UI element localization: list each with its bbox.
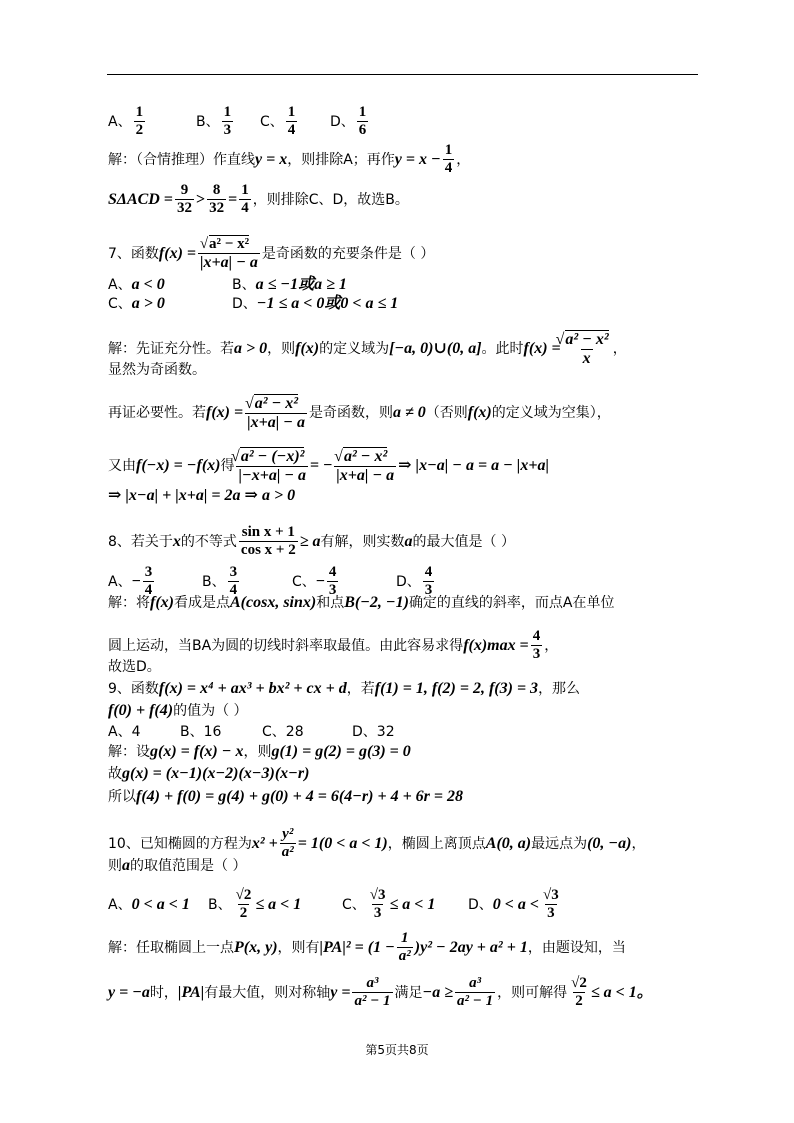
q7-solution-line3: 再证必要性。若 f(x) = a² − x²|x+a| − a 是奇函数，则 a…: [108, 395, 611, 431]
q7-option-d: D、−1 ≤ a < 0或0 < a ≤ 1: [232, 295, 398, 313]
q10-options: A、0 < a < 1 B、√22≤ a < 1 C、√33≤ a < 1 D、…: [108, 887, 563, 922]
q10-option-c: C、√33≤ a < 1: [342, 887, 468, 922]
q10-option-b: B、√22≤ a < 1: [208, 887, 342, 922]
q7-question: 7、函数 f(x) = a² − x²|x+a| − a 是奇函数的充要条件是（…: [108, 236, 434, 271]
q9-option-a: A、4: [108, 723, 180, 741]
q10-question-line2: 则 a 的取值范围是（ ）: [108, 857, 246, 875]
page-footer: 第5页共8页: [0, 1041, 794, 1058]
q7-options-row2: C、a > 0 D、−1 ≤ a < 0或0 < a ≤ 1: [108, 295, 398, 313]
q9-option-b: B、16: [180, 723, 262, 741]
q10-option-a: A、0 < a < 1: [108, 896, 208, 914]
q7-solution-line4: 又由 f(−x) = −f(x) 得 a² − (−x)²|−x+a| − a …: [108, 448, 549, 484]
q6-solution-line1: 解：（合情推理）作直线 y = x ，则排除A；再作 y = x − 14 ，: [108, 142, 470, 177]
q7-option-c: C、a > 0: [108, 295, 232, 313]
q8-solution-line3: 故选D。: [108, 658, 161, 676]
q9-question-line2: f(0) + f(4) 的值为（ ）: [108, 702, 248, 720]
q6-option-c: C、 14: [260, 104, 330, 139]
q9-option-c: C、28: [262, 723, 352, 741]
q9-option-d: D、32: [352, 723, 395, 741]
q7-solution-line2: 显然为奇函数。: [108, 361, 206, 379]
q7-option-b: B、a ≤ −1或a ≥ 1: [232, 276, 347, 294]
q6-solution-line2: SΔACD = 932 > 832 = 14 ，则排除C、D，故选B。: [108, 182, 409, 217]
q8-question: 8、若关于 x 的不等式 sin x + 1cos x + 2 ≥ a 有解，则…: [108, 524, 515, 559]
q10-solution-line2: y = −a 时， |PA| 有最大值，则对称轴 y = a³a² − 1 满足…: [108, 975, 653, 1010]
q6-option-a: A、 12: [108, 104, 196, 139]
q6-option-d: D、 16: [330, 104, 370, 139]
q7-options-row1: A、a < 0 B、a ≤ −1或a ≥ 1: [108, 276, 347, 294]
q10-solution-line1: 解：任取椭圆上一点 P(x, y) ，则有 |PA|² = (1 − 1a² )…: [108, 930, 626, 965]
q8-solution-line1: 解：将 f(x) 看成是点 A(cosx, sinx) 和点 B(−2, −1)…: [108, 594, 615, 612]
q10-option-d: D、0 < a <√33: [468, 887, 563, 922]
q7-option-a: A、a < 0: [108, 276, 232, 294]
q6-options: A、 12 B、 13 C、 14 D、 16: [108, 104, 370, 139]
q9-question-line1: 9、函数 f(x) = x⁴ + ax³ + bx² + cx + d ，若 f…: [108, 680, 580, 698]
q6-option-b: B、 13: [196, 104, 260, 139]
q9-solution-line1: 解：设 g(x) = f(x) − x ，则 g(1) = g(2) = g(3…: [108, 743, 411, 761]
q9-solution-line3: 所以 f(4) + f(0) = g(4) + g(0) + 4 = 6(4−r…: [108, 788, 463, 806]
q8-solution-line2: 圆上运动，当BA为圆的切线时斜率取最值。由此容易求得 f(x)max = 43 …: [108, 628, 558, 663]
q7-solution-line5: ⇒ |x−a| + |x+a| = 2a ⇒ a > 0: [108, 487, 295, 505]
header-rule: [107, 74, 698, 75]
q9-solution-line2: 故 g(x) = (x−1)(x−2)(x−3)(x−r): [108, 765, 309, 783]
q10-question-line1: 10、已知椭圆的方程为 x² + y²a² = 1(0 < a < 1) ，椭圆…: [108, 826, 645, 861]
q9-options: A、4 B、16 C、28 D、32: [108, 723, 395, 741]
